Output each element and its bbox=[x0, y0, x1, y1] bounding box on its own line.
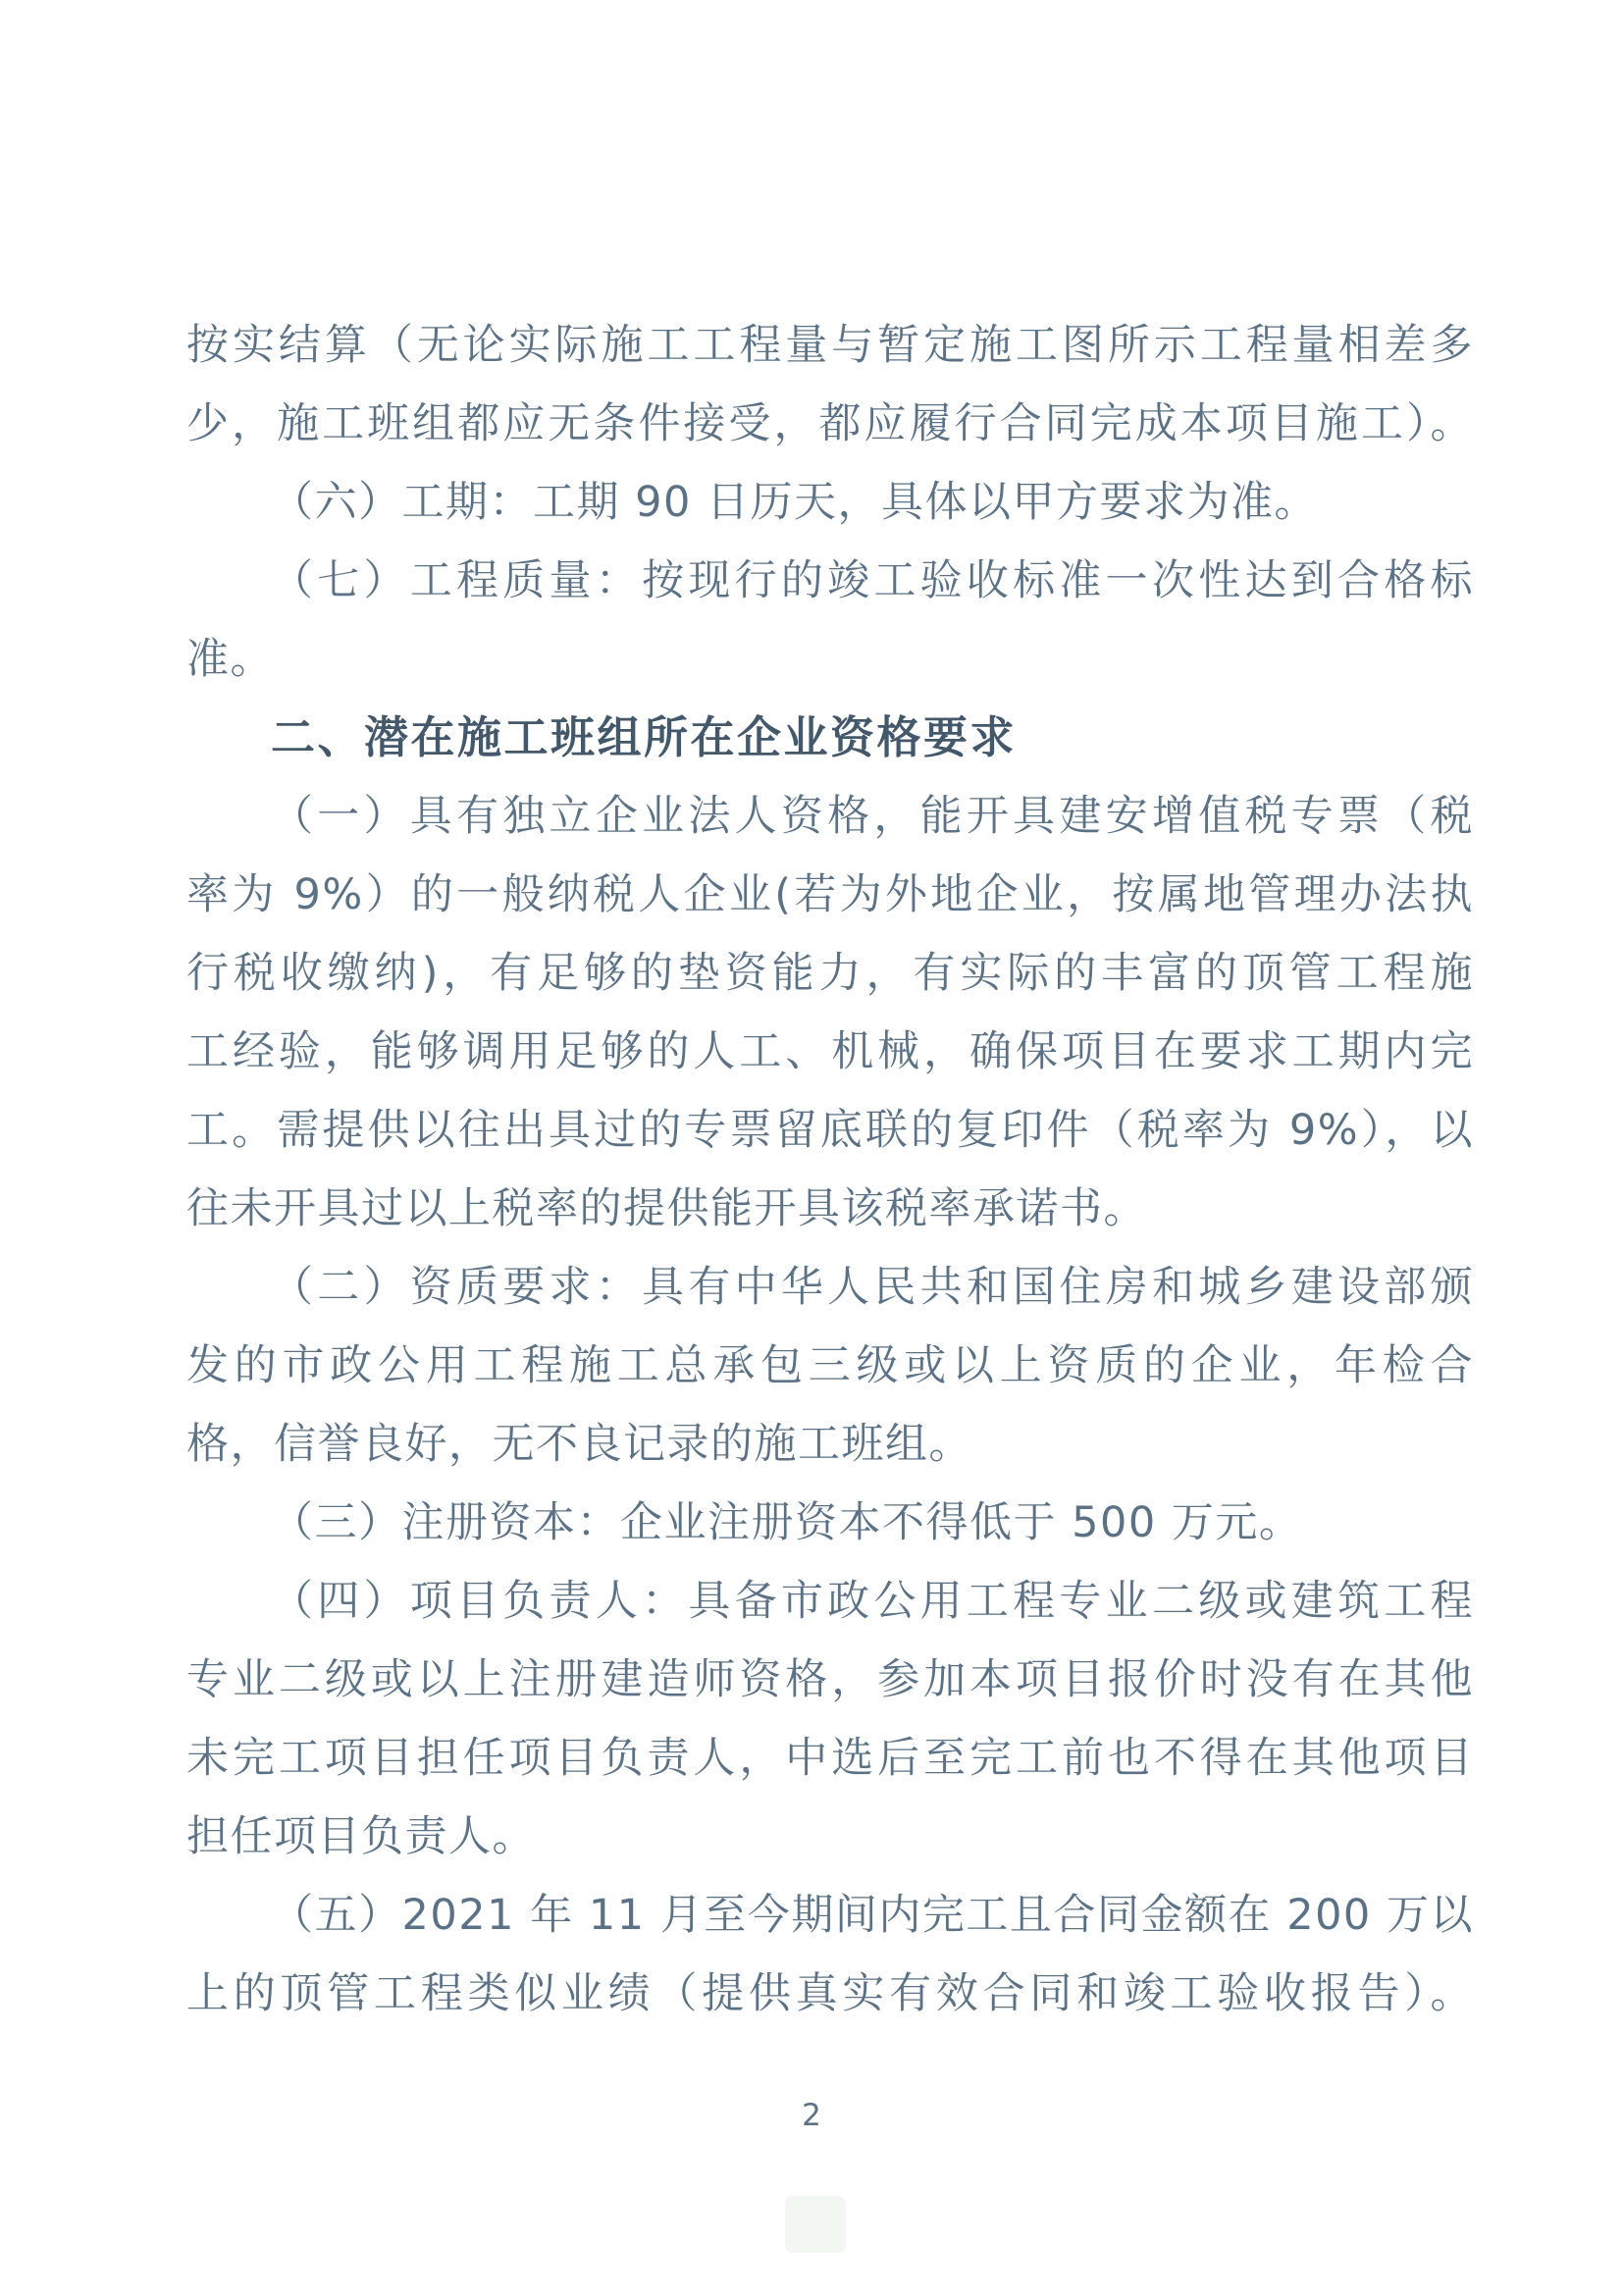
document-page: 按实结算（无论实际施工工程量与暂定施工图所示工程量相差多少，施工班组都应无条件接… bbox=[0, 0, 1623, 2296]
text-line: 专业二级或以上注册建造师资格，参加本项目报价时没有在其他 bbox=[186, 1641, 1474, 1719]
page-number: 2 bbox=[802, 2098, 821, 2133]
text-line: 工经验，能够调用足够的人工、机械，确保项目在要求工期内完 bbox=[186, 1013, 1474, 1091]
text-line: 按实结算（无论实际施工工程量与暂定施工图所示工程量相差多 bbox=[186, 306, 1474, 385]
text-line: （五）2021 年 11 月至今期间内完工且合同金额在 200 万以 bbox=[186, 1876, 1474, 1955]
text-line: 少，施工班组都应无条件接受，都应履行合同完成本项目施工）。 bbox=[186, 385, 1474, 463]
text-line: 上的顶管工程类似业绩（提供真实有效合同和竣工验收报告）。 bbox=[186, 1955, 1474, 2033]
text-line: 准。 bbox=[186, 620, 1474, 699]
section-heading: 二、潜在施工班组所在企业资格要求 bbox=[186, 699, 1474, 777]
text-line: 格，信誉良好，无不良记录的施工班组。 bbox=[186, 1405, 1474, 1484]
text-line: 率为 9%）的一般纳税人企业(若为外地企业，按属地管理办法执 bbox=[186, 856, 1474, 934]
text-line: （七）工程质量：按现行的竣工验收标准一次性达到合格标 bbox=[186, 542, 1474, 620]
text-line: 未完工项目担任项目负责人，中选后至完工前也不得在其他项目 bbox=[186, 1719, 1474, 1798]
scan-artifact bbox=[785, 2196, 846, 2253]
text-line: 发的市政公用工程施工总承包三级或以上资质的企业，年检合 bbox=[186, 1327, 1474, 1405]
text-line: （六）工期：工期 90 日历天，具体以甲方要求为准。 bbox=[186, 463, 1474, 542]
text-line: 往未开具过以上税率的提供能开具该税率承诺书。 bbox=[186, 1170, 1474, 1248]
text-line: 担任项目负责人。 bbox=[186, 1798, 1474, 1876]
page-footer: 2 bbox=[0, 2098, 1623, 2133]
text-line: （二）资质要求：具有中华人民共和国住房和城乡建设部颁 bbox=[186, 1248, 1474, 1327]
text-line: 行税收缴纳)，有足够的垫资能力，有实际的丰富的顶管工程施 bbox=[186, 934, 1474, 1013]
text-line: （一）具有独立企业法人资格，能开具建安增值税专票（税 bbox=[186, 777, 1474, 856]
document-body: 按实结算（无论实际施工工程量与暂定施工图所示工程量相差多少，施工班组都应无条件接… bbox=[186, 306, 1474, 2033]
text-line: （四）项目负责人：具备市政公用工程专业二级或建筑工程 bbox=[186, 1562, 1474, 1641]
text-line: 工。需提供以往出具过的专票留底联的复印件（税率为 9%），以 bbox=[186, 1091, 1474, 1170]
scanned-document-screenshot: { "page": { "text_color": "#5b7185", "he… bbox=[0, 0, 1623, 2296]
text-line: （三）注册资本：企业注册资本不得低于 500 万元。 bbox=[186, 1484, 1474, 1562]
